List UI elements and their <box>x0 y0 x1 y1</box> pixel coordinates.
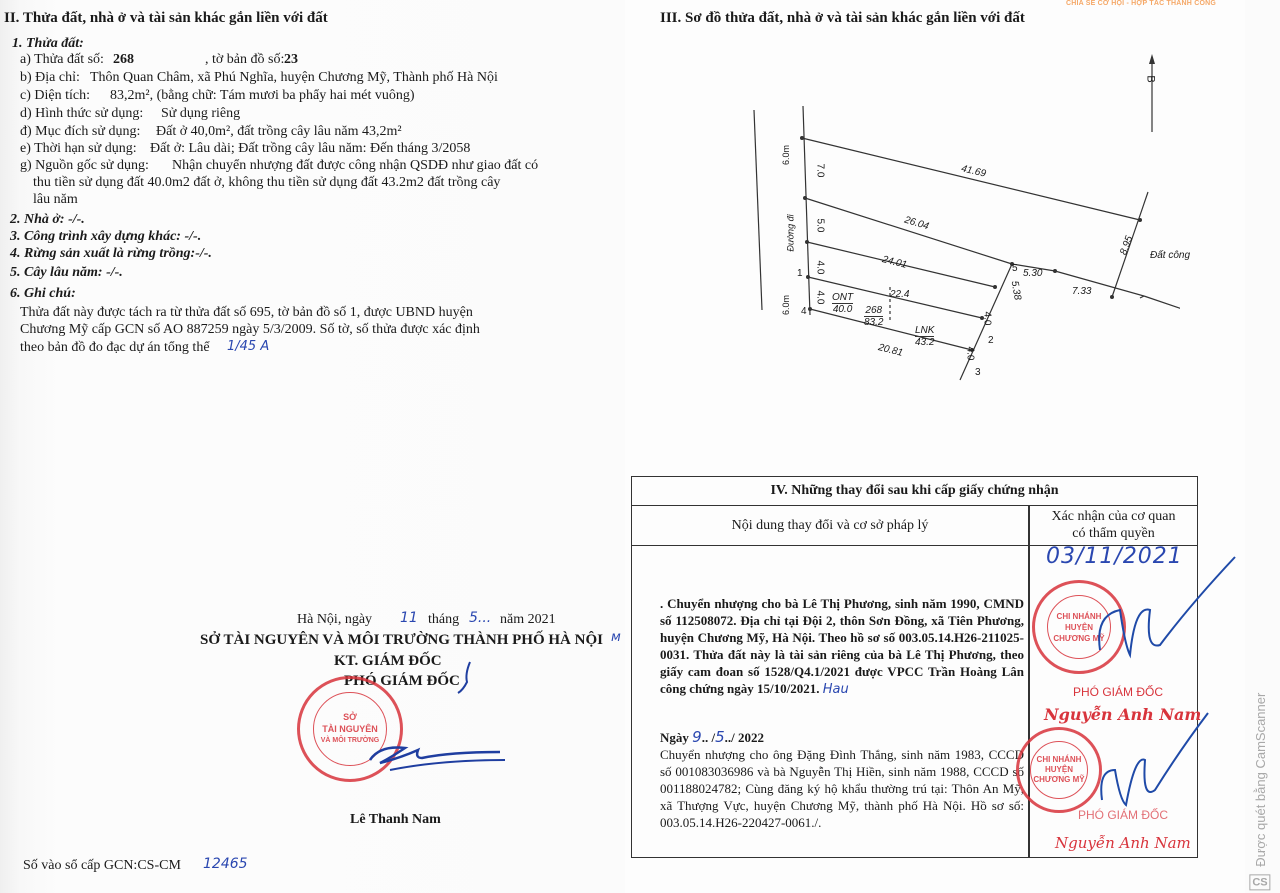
sign-date-prefix: Hà Nội, ngày <box>297 612 372 628</box>
house-item: 2. Nhà ở: -/-. <box>10 212 85 228</box>
parcel-label-diagram: 268 83.2 <box>864 305 883 328</box>
edge-label: 4.0 <box>814 261 825 275</box>
brand-tagline: CHIA SẺ CƠ HỘI - HỢP TÁC THÀNH CÔNG <box>1066 0 1216 7</box>
production-forest-item: 4. Rừng sản xuất là rừng trồng:-/-. <box>10 246 212 262</box>
confirm-role-2: PHÓ GIÁM ĐỐC <box>1078 808 1168 822</box>
ont-area: 40.0 <box>832 304 853 315</box>
change-entry-2: Ngày 9.. /5../ 2022 Chuyển nhượng cho ôn… <box>660 729 1024 831</box>
origin-line-1: Nhận chuyển nhượng đất được công nhận QS… <box>172 158 538 174</box>
change-entry-2-date: Ngày 9.. /5../ 2022 <box>660 729 1024 746</box>
confirm-signer-2: Nguyễn Anh Nam <box>1055 834 1191 852</box>
entry-2-date-month: 5 <box>715 728 725 746</box>
camscanner-watermark: CS Được quét bằng CamScanner <box>1252 693 1268 893</box>
other-construction-item: 3. Công trình xây dựng khác: -/-. <box>10 229 201 245</box>
address-value: Thôn Quan Châm, xã Phú Nghĩa, huyện Chươ… <box>90 70 498 86</box>
lnk-label: LNK 43.2 <box>915 325 934 348</box>
north-arrow-icon <box>1149 54 1155 64</box>
certificate-left-page: II. Thửa đất, nhà ở và tài sản khác gắn … <box>0 0 620 893</box>
camscanner-icon: CS <box>1249 874 1270 890</box>
sign-month: 5... <box>469 610 491 626</box>
purpose-label: đ) Mục đích sử dụng: <box>20 124 140 140</box>
notes-heading: 6. Ghi chú: <box>10 286 76 302</box>
change-entry-1-initials: Hau <box>823 682 849 697</box>
confirm-role-1: PHÓ GIÁM ĐỐC <box>1073 685 1163 699</box>
change-entry-2-text: Chuyển nhượng cho ông Đặng Đình Thắng, s… <box>660 746 1024 831</box>
usage-form-label: d) Hình thức sử dụng: <box>20 106 143 122</box>
entry-2-date-day: 9 <box>692 728 702 746</box>
confirm-header-line-2: có thẩm quyền <box>1072 525 1154 542</box>
camscanner-text: Được quét bằng CamScanner <box>1253 693 1268 867</box>
stamp-2-line-3: CHƯƠNG MỸ <box>1033 775 1084 785</box>
stamp-2-line-2: HUYỆN <box>1045 765 1073 775</box>
address-label: b) Địa chỉ: <box>20 70 80 86</box>
parcel-number: 268 <box>113 52 134 68</box>
edge-label: 22.4 <box>890 289 909 300</box>
road-width-top: 6.0m <box>781 145 791 165</box>
point-label: 3 <box>975 367 981 378</box>
map-sheet-number: 23 <box>284 52 298 68</box>
parcel-area-diagram: 83.2 <box>864 317 883 328</box>
neighbor-label: Đất công <box>1150 250 1190 261</box>
edge-label: 4.0 <box>814 291 825 305</box>
confirm-signature-1 <box>1090 555 1240 670</box>
section-3-title: III. Sơ đồ thửa đất, nhà ở và tài sản kh… <box>660 10 1025 27</box>
sign-month-label: tháng <box>428 612 459 628</box>
edge-label: 5.30 <box>1023 268 1042 279</box>
entry-2-date-prefix: Ngày <box>660 730 689 745</box>
area-label: c) Diện tích: <box>20 88 90 104</box>
edge-label: 7.0 <box>814 164 825 178</box>
entry-2-date-year: 2022 <box>738 730 764 745</box>
notes-line-1: Thửa đất này được tách ra từ thửa đất số… <box>20 305 473 321</box>
initial-check-mark <box>455 660 475 696</box>
notes-handwritten-mark: 1/45 A <box>227 339 269 354</box>
road-width-bottom: 6.0m <box>781 295 791 315</box>
registry-label: Số vào sổ cấp GCN:CS-CM <box>23 858 181 874</box>
ont-code: ONT <box>832 292 853 304</box>
purpose-value: Đất ở 40,0m², đất trồng cây lâu năm 43,2… <box>156 124 402 140</box>
stamp-2-line-1: CHI NHÁNH <box>1037 755 1082 765</box>
stamp-top-text: SỞ <box>343 711 357 723</box>
registry-number: 12465 <box>203 856 248 872</box>
point-label: 2 <box>988 335 994 346</box>
term-label: e) Thời hạn sử dụng: <box>20 141 137 157</box>
edge-label: 4.0 <box>964 347 975 361</box>
perennial-trees-item: 5. Cây lâu năm: -/-. <box>10 265 123 281</box>
sign-year: năm 2021 <box>500 612 556 628</box>
point-label: 4 <box>801 306 807 317</box>
lnk-area: 43.2 <box>915 337 934 348</box>
parcel-no-diagram: 268 <box>864 305 883 317</box>
point-label: 5 <box>1012 263 1018 274</box>
change-entry-1: . Chuyển nhượng cho bà Lê Thị Phương, si… <box>660 595 1024 698</box>
issuing-agency: SỞ TÀI NGUYÊN VÀ MÔI TRƯỜNG THÀNH PHỐ HÀ… <box>200 632 603 649</box>
signer-name: Lê Thanh Nam <box>350 812 441 828</box>
usage-form-value: Sử dụng riêng <box>161 106 240 122</box>
point-label: 1 <box>797 268 803 279</box>
changes-table-title: IV. Những thay đổi sau khi cấp giấy chứn… <box>632 477 1197 506</box>
agency-initial-mark: м <box>611 630 621 645</box>
stamp-1-line-2: HUYỆN <box>1065 622 1093 633</box>
change-entry-1-text: . Chuyển nhượng cho bà Lê Thị Phương, si… <box>660 596 1024 696</box>
origin-label: g) Nguồn gốc sử dụng: <box>20 158 149 174</box>
column-header-confirmation: Xác nhận của cơ quan có thẩm quyền <box>1030 505 1197 546</box>
signer-role-1: KT. GIÁM ĐỐC <box>334 653 442 670</box>
parcel-diagram <box>740 40 1180 420</box>
parcel-label: a) Thửa đất số: <box>20 52 104 68</box>
edge-label: 5.0 <box>814 219 825 233</box>
director-signature <box>360 730 510 775</box>
map-sheet-label: , tờ bản đồ số: <box>205 52 284 68</box>
confirm-signature-2 <box>1090 710 1210 815</box>
column-header-content: Nội dung thay đổi và cơ sở pháp lý <box>632 505 1028 546</box>
confirm-header-line-1: Xác nhận của cơ quan <box>1051 508 1175 525</box>
term-value: Đất ở: Lâu dài; Đất trồng cây lâu năm: Đ… <box>150 141 470 157</box>
edge-label: 7.33 <box>1072 286 1091 297</box>
land-heading: 1. Thửa đất: <box>12 36 84 52</box>
ont-label: ONT 40.0 <box>832 292 853 315</box>
north-label: B <box>1145 75 1157 82</box>
notes-line-2: Chương Mỹ cấp GCN số AO 887259 ngày 5/3/… <box>20 322 480 338</box>
section-2-title: II. Thửa đất, nhà ở và tài sản khác gắn … <box>4 10 328 27</box>
road-label: Đường đi <box>786 214 796 251</box>
lnk-code: LNK <box>915 325 934 337</box>
sign-day: 11 <box>400 610 418 626</box>
edge-label: 4.0 <box>981 312 992 326</box>
notes-line-3: theo bản đồ đo đạc dự án tổng thể <box>20 340 210 356</box>
area-value: 83,2m², (bằng chữ: Tám mươi ba phẩy hai … <box>110 88 415 104</box>
origin-line-2: thu tiền sử dụng đất 40.0m2 đất ở, không… <box>33 175 500 191</box>
column-divider <box>1028 505 1030 857</box>
origin-line-3: lâu năm <box>33 192 78 208</box>
